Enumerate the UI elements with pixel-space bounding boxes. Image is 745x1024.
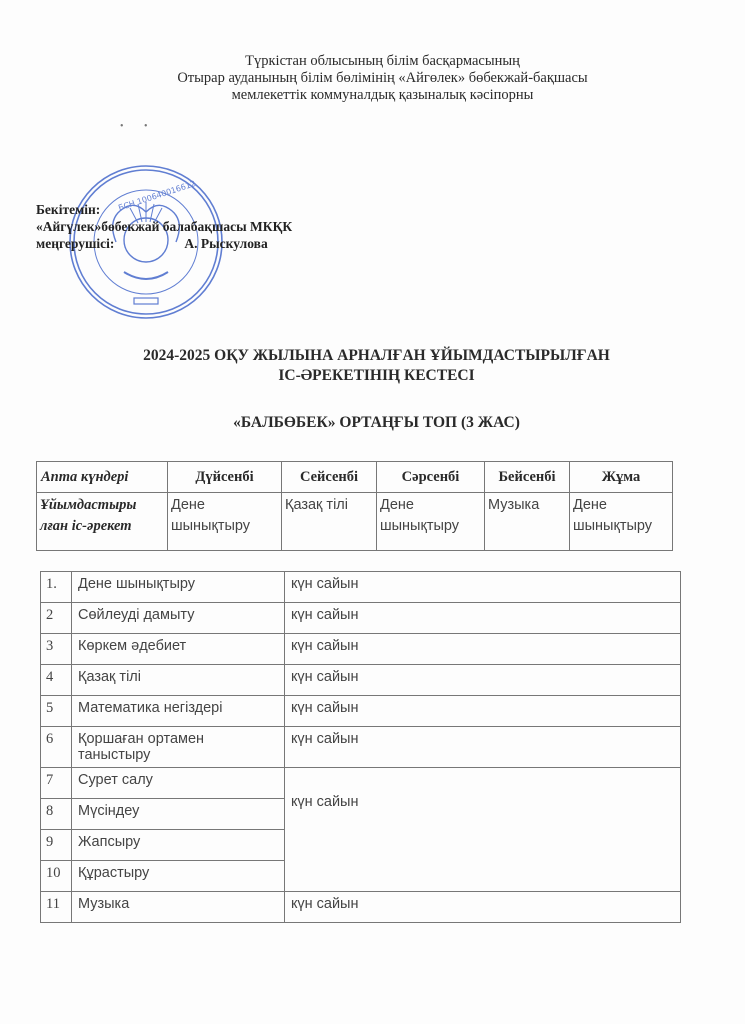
row-number: 2: [41, 603, 72, 634]
row-number: 8: [41, 799, 72, 830]
subject-cell: Жапсыру: [72, 830, 285, 861]
header-cell: Бейсенбі: [485, 462, 570, 493]
header-cell: Сейсенбі: [282, 462, 377, 493]
subject-cell: Сөйлеуді дамыту: [72, 603, 285, 634]
table-row: 1. Дене шынықтыру күн сайын: [41, 572, 681, 603]
frequency-cell: күн сайын: [285, 572, 681, 603]
subject-cell: Математика негіздері: [72, 696, 285, 727]
row-number: 3: [41, 634, 72, 665]
frequency-cell-merged: күн сайын: [285, 768, 681, 892]
table-row: 4 Қазақ тілі күн сайын: [41, 665, 681, 696]
subject-cell: Музыка: [72, 892, 285, 923]
approval-block: Бекітемін: «Айгүлек»бөбекжай балабақшасы…: [36, 201, 292, 252]
header-cell: Сәрсенбі: [377, 462, 485, 493]
group-subtitle: «БАЛБӨБЕК» ОРТАҢҒЫ ТОП (3 ЖАС): [0, 414, 745, 432]
row-number: 10: [41, 861, 72, 892]
table-cell: Қазақ тілі: [282, 493, 377, 551]
subject-cell: Қоршаған ортамен таныстыру: [72, 727, 285, 768]
subject-cell: Қазақ тілі: [72, 665, 285, 696]
weekly-schedule-table: Апта күндері Дүйсенбі Сейсенбі Сәрсенбі …: [36, 461, 673, 551]
row-number: 5: [41, 696, 72, 727]
page-title: 2024-2025 ОҚУ ЖЫЛЫНА АРНАЛҒАН ҰЙЫМДАСТЫР…: [0, 346, 745, 386]
table-row: Ұйымдастыры лған іс-әрекет Дене шынықтыр…: [37, 493, 673, 551]
table-row: 11 Музыка күн сайын: [41, 892, 681, 923]
row-number: 6: [41, 727, 72, 768]
table-header-row: Апта күндері Дүйсенбі Сейсенбі Сәрсенбі …: [37, 462, 673, 493]
subject-cell: Дене шынықтыру: [72, 572, 285, 603]
subject-cell: Мүсіндеу: [72, 799, 285, 830]
organization-header: Түркістан облысының білім басқармасының …: [0, 53, 745, 104]
header-cell: Апта күндері: [37, 462, 168, 493]
table-cell: Музыка: [485, 493, 570, 551]
scan-dots: • •: [120, 121, 157, 132]
table-cell: Дене шынықтыру: [377, 493, 485, 551]
frequency-cell: күн сайын: [285, 696, 681, 727]
approval-role: меңгерушісі:: [36, 235, 114, 252]
header-line: Отырар ауданының білім бөлімінің «Айгөле…: [20, 70, 745, 87]
subject-cell: Құрастыру: [72, 861, 285, 892]
header-line: мемлекеттік коммуналдық қазыналық кәсіпо…: [20, 87, 745, 104]
row-number: 7: [41, 768, 72, 799]
row-number: 1.: [41, 572, 72, 603]
table-cell: Дене шынықтыру: [168, 493, 282, 551]
table-row: 5 Математика негіздері күн сайын: [41, 696, 681, 727]
header-cell: Жұма: [570, 462, 673, 493]
title-line: 2024-2025 ОҚУ ЖЫЛЫНА АРНАЛҒАН ҰЙЫМДАСТЫР…: [8, 346, 745, 366]
table-row: 7 Сурет салу күн сайын: [41, 768, 681, 799]
approval-label: Бекітемін:: [36, 201, 292, 218]
row-number: 9: [41, 830, 72, 861]
row-number: 4: [41, 665, 72, 696]
subject-cell: Көркем әдебиет: [72, 634, 285, 665]
row-number: 11: [41, 892, 72, 923]
table-row: 2 Сөйлеуді дамыту күн сайын: [41, 603, 681, 634]
frequency-cell: күн сайын: [285, 892, 681, 923]
subjects-table: 1. Дене шынықтыру күн сайын 2 Сөйлеуді д…: [40, 571, 681, 923]
title-line: ІС-ӘРЕКЕТІНІҢ КЕСТЕСІ: [8, 366, 745, 386]
subject-cell: Сурет салу: [72, 768, 285, 799]
header-cell: Дүйсенбі: [168, 462, 282, 493]
frequency-cell: күн сайын: [285, 665, 681, 696]
frequency-cell: күн сайын: [285, 634, 681, 665]
approval-name: А. Рыскулова: [184, 235, 267, 252]
table-cell: Дене шынықтыру: [570, 493, 673, 551]
table-row: 6 Қоршаған ортамен таныстыру күн сайын: [41, 727, 681, 768]
header-line: Түркістан облысының білім басқармасының: [20, 53, 745, 70]
frequency-cell: күн сайын: [285, 603, 681, 634]
frequency-cell: күн сайын: [285, 727, 681, 768]
row-label: Ұйымдастыры лған іс-әрекет: [37, 493, 168, 551]
table-row: 3 Көркем әдебиет күн сайын: [41, 634, 681, 665]
approval-org: «Айгүлек»бөбекжай балабақшасы МКҚК: [36, 218, 292, 235]
